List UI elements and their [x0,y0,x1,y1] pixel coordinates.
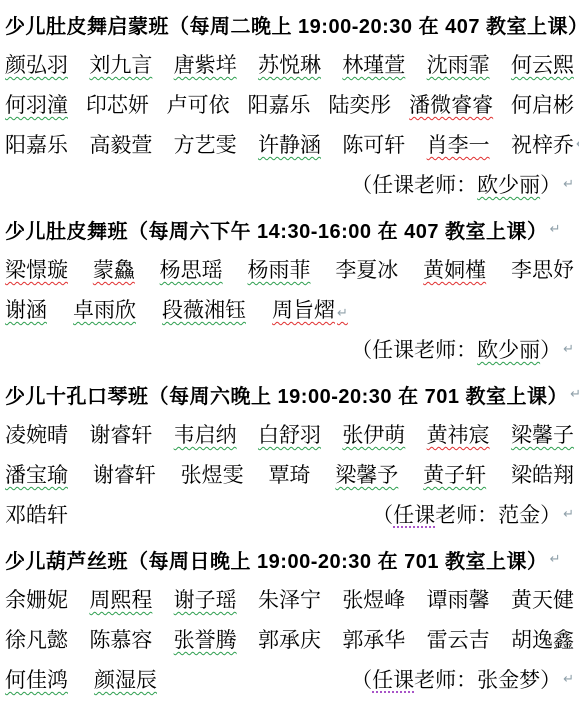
student-name: 祝梓乔↵ [511,129,574,159]
teacher-label: 老师： [414,169,477,199]
student-name: 黄天健 [511,584,574,614]
student-name: 凌婉晴 [5,419,68,449]
student-name: 高毅萱 [89,129,152,159]
section-title: 少儿十孔口琴班（每周六晚上 19:00-20:30 在 701 教室上课） [5,380,568,409]
class-roster-document: 少儿肚皮舞启蒙班（每周二晚上 19:00-20:30 在 407 教室上课）↵颜… [0,0,579,704]
student-name: 徐凡懿 [5,624,68,654]
student-name: 阳嘉乐 [247,89,310,119]
student-name: 杨雨菲 [247,254,310,284]
student-name: 刘九言 [89,49,152,79]
class-section: 少儿葫芦丝班（每周日晚上 19:00-20:30 在 701 教室上课）↵余姗妮… [5,539,574,699]
teacher-label-close: ） [540,169,561,199]
section-title-line: 少儿葫芦丝班（每周日晚上 19:00-20:30 在 701 教室上课）↵ [5,539,574,579]
teacher-label-checked: 任课 [372,334,414,364]
student-name: 陈可轩 [342,129,405,159]
teacher-label: 老师： [414,664,477,694]
teacher-credit: （任课老师：张金梦）↵ [351,664,574,694]
teacher-label: 老师： [414,334,477,364]
teacher-label-close: ） [540,334,561,364]
student-name: 陈慕容 [89,624,152,654]
student-name: 谢涵 [5,294,47,324]
paragraph-mark-icon: ↵ [550,222,561,237]
student-name: 黄姛槿 [423,254,486,284]
class-section: 少儿十孔口琴班（每周六晚上 19:00-20:30 在 701 教室上课）↵凌婉… [5,374,574,534]
student-name: 印芯妍 [86,89,149,119]
student-name: 颜弘羽 [5,49,68,79]
section-title: 少儿肚皮舞启蒙班（每周二晚上 19:00-20:30 在 407 教室上课） [5,10,579,39]
student-name: 何佳鸿 [5,664,68,694]
student-name: 肖李一 [427,129,490,159]
student-name: 梁皓翔 [511,459,574,489]
section-title: 少儿葫芦丝班（每周日晚上 19:00-20:30 在 701 教室上课） [5,545,548,574]
section-title: 少儿肚皮舞班（每周六下午 14:30-16:00 在 407 教室上课） [5,215,548,244]
student-name: 李夏冰 [335,254,398,284]
student-name: 潘宝瑜 [5,459,68,489]
teacher-label-open: （ [372,499,393,529]
student-name-row: 梁憬璇蒙鱻杨思瑶杨雨菲李夏冰黄姛槿李思妤 [5,249,574,289]
student-name: 颜湿辰 [94,664,157,694]
teacher-line: （任课老师：欧少丽）↵ [5,164,574,204]
student-name-row: 余姗妮周熙程谢子瑶朱泽宁张煜峰谭雨馨黄天健 [5,579,574,619]
sections-container: 少儿肚皮舞启蒙班（每周二晚上 19:00-20:30 在 407 教室上课）↵颜… [5,4,574,699]
teacher-name: 欧少丽 [477,334,540,364]
student-name: 谢子瑶 [174,584,237,614]
student-name: 许静涵 [258,129,321,159]
student-name-row: 何羽潼印芯妍卢可依阳嘉乐陆奕彤潘微睿睿何启彬 [5,84,574,124]
student-name-row: 阳嘉乐高毅萱方艺雯许静涵陈可轩肖李一祝梓乔↵ [5,124,574,164]
student-name: 陆奕彤 [328,89,391,119]
teacher-label-close: ） [540,664,561,694]
student-name: 张煜峰 [342,584,405,614]
student-name: 梁馨予 [335,459,398,489]
student-name: 梁憬璇 [5,254,68,284]
student-name: 苏悦琳 [258,49,321,79]
teacher-name: 张金梦 [477,664,540,694]
teacher-label-close: ） [540,499,561,529]
teacher-credit: （任课老师：欧少丽）↵ [351,169,574,199]
student-name: 韦启纳 [174,419,237,449]
student-name: 卢可依 [167,89,230,119]
student-name: 潘微睿睿 [409,89,493,119]
paragraph-mark-icon: ↵ [563,672,574,687]
teacher-label-open: （ [351,664,372,694]
student-name: 张誉腾 [174,624,237,654]
student-name: 段薇湘钰 [162,294,246,324]
class-section: 少儿肚皮舞班（每周六下午 14:30-16:00 在 407 教室上课）↵梁憬璇… [5,209,574,369]
student-name: 邓皓轩 [5,499,68,529]
student-name: 覃琦 [268,459,310,489]
paragraph-mark-icon: ↵ [570,387,579,402]
paragraph-mark-icon: ↵ [563,342,574,357]
student-name: 李思妤 [511,254,574,284]
student-name-row: 颜弘羽刘九言唐紫垟苏悦琳林瑾萱沈雨霏何云熙 [5,44,574,84]
student-name-row: 潘宝瑜谢睿轩张煜雯覃琦梁馨予黄子轩梁皓翔 [5,454,574,494]
student-name-row: 徐凡懿陈慕容张誉腾郭承庆郭承华雷云吉胡逸鑫 [5,619,574,659]
student-name: 张伊萌 [342,419,405,449]
paragraph-mark-icon: ↵ [563,507,574,522]
student-name: 阳嘉乐 [5,129,68,159]
student-name: 周旨熠↵ [272,294,348,324]
student-name-row: 谢涵卓雨欣段薇湘钰周旨熠↵ [5,289,574,329]
student-name: 郭承华 [342,624,405,654]
student-name: 雷云吉 [427,624,490,654]
student-name: 蒙鱻 [93,254,135,284]
paragraph-mark-icon: ↵ [550,552,561,567]
student-name: 唐紫垟 [174,49,237,79]
student-name: 何羽潼 [5,89,68,119]
class-section: 少儿肚皮舞启蒙班（每周二晚上 19:00-20:30 在 407 教室上课）↵颜… [5,4,574,204]
student-name: 谭雨馨 [427,584,490,614]
student-name: 方艺雯 [174,129,237,159]
student-name: 何云熙 [511,49,574,79]
student-name: 余姗妮 [5,584,68,614]
student-name-row: 邓皓轩（任课老师：范金）↵ [5,494,574,534]
student-name-row: 何佳鸿颜湿辰（任课老师：张金梦）↵ [5,659,574,699]
paragraph-mark-icon: ↵ [337,306,348,321]
student-name-row: 凌婉晴谢睿轩韦启纳白舒羽张伊萌黄祎宸梁馨子 [5,414,574,454]
paragraph-mark-icon: ↵ [563,177,574,192]
section-title-line: 少儿肚皮舞启蒙班（每周二晚上 19:00-20:30 在 407 教室上课）↵ [5,4,574,44]
teacher-label-open: （ [351,334,372,364]
student-name: 胡逸鑫 [511,624,574,654]
teacher-label: 老师： [435,499,498,529]
student-name: 卓雨欣 [73,294,136,324]
student-name: 杨思瑶 [160,254,223,284]
teacher-name: 范金 [498,499,540,529]
student-name: 林瑾萱 [342,49,405,79]
teacher-credit: （任课老师：欧少丽）↵ [351,334,574,364]
student-name: 郭承庆 [258,624,321,654]
teacher-name: 欧少丽 [477,169,540,199]
student-name: 何启彬 [511,89,574,119]
section-title-line: 少儿十孔口琴班（每周六晚上 19:00-20:30 在 701 教室上课）↵ [5,374,574,414]
teacher-label-checked: 任课 [372,169,414,199]
student-name: 黄祎宸 [427,419,490,449]
teacher-line: （任课老师：欧少丽）↵ [5,329,574,369]
student-name: 谢睿轩 [93,459,156,489]
section-title-line: 少儿肚皮舞班（每周六下午 14:30-16:00 在 407 教室上课）↵ [5,209,574,249]
student-name: 周熙程 [89,584,152,614]
teacher-label-open: （ [351,169,372,199]
student-name: 沈雨霏 [427,49,490,79]
teacher-label-checked: 任课 [393,499,435,529]
student-name: 白舒羽 [258,419,321,449]
teacher-credit: （任课老师：范金）↵ [372,499,574,529]
student-name: 张煜雯 [181,459,244,489]
student-name: 梁馨子 [511,419,574,449]
teacher-label-checked: 任课 [372,664,414,694]
student-name: 谢睿轩 [89,419,152,449]
student-name: 黄子轩 [423,459,486,489]
student-name: 朱泽宁 [258,584,321,614]
